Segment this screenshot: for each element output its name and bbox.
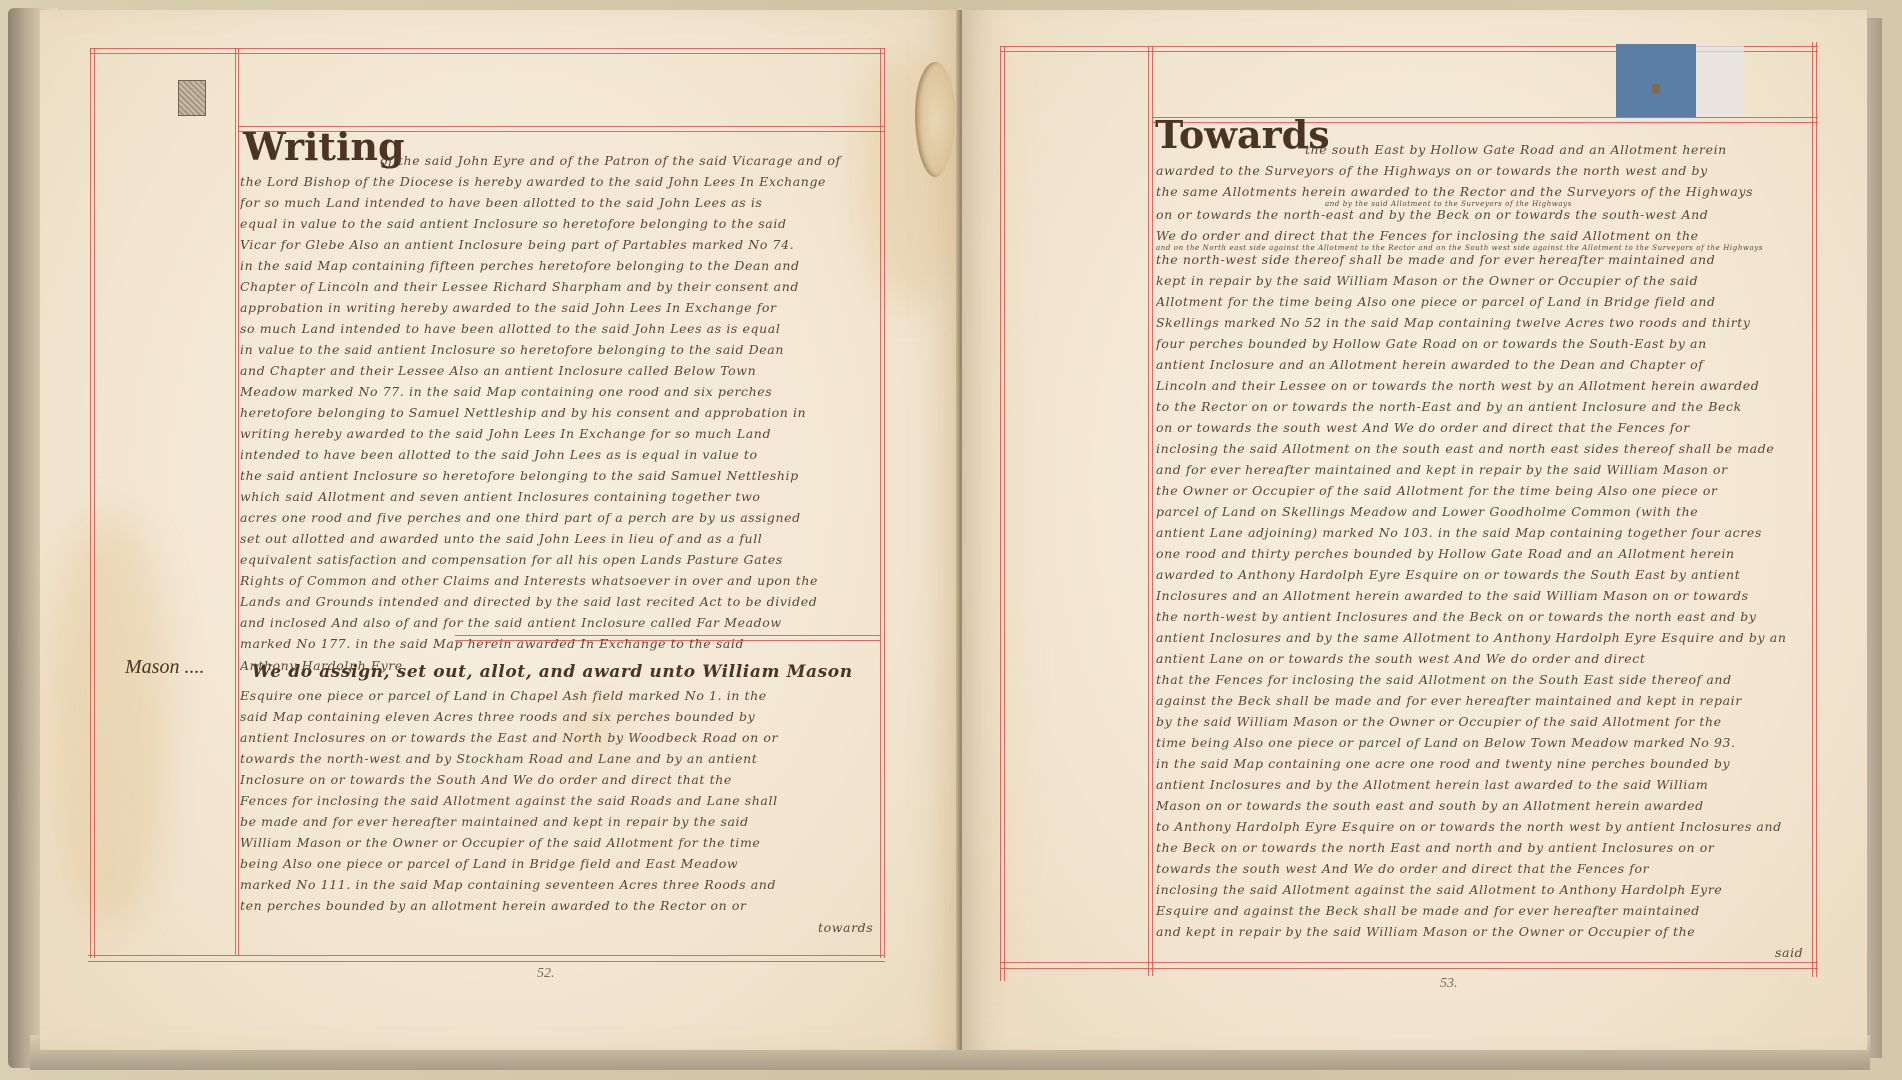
text-line: antient Lane adjoining) marked No 103. i… — [1156, 525, 1810, 540]
text-line: the Lord Bishop of the Diocese is hereby… — [240, 174, 870, 189]
red-rule — [1000, 962, 1818, 963]
red-rule — [238, 48, 239, 955]
text-line: towards the south west And We do order a… — [1156, 861, 1810, 876]
decorative-initial-word: Towards — [1155, 112, 1330, 157]
margin-note-name: Mason .... — [125, 656, 204, 679]
text-line: the same Allotments herein awarded to th… — [1156, 184, 1810, 199]
red-rule — [1000, 46, 1001, 981]
text-line: that the Fences for inclosing the said A… — [1156, 672, 1810, 687]
text-line: Esquire one piece or parcel of Land in C… — [240, 688, 870, 703]
text-line: the Owner or Occupier of the said Allotm… — [1156, 483, 1810, 498]
text-line: for so much Land intended to have been a… — [240, 195, 870, 210]
text-line: antient Inclosures and by the same Allot… — [1156, 630, 1810, 645]
red-rule — [90, 48, 885, 49]
red-rule — [88, 955, 885, 956]
text-line: against the Beck shall be made and for e… — [1156, 693, 1810, 708]
text-line: on or towards the south west And We do o… — [1156, 420, 1810, 435]
text-line: inclosing the said Allotment on the sout… — [1156, 441, 1810, 456]
blue-revenue-stamp — [1616, 44, 1696, 117]
text-line: awarded to the Surveyors of the Highways… — [1156, 163, 1810, 178]
text-line: Lincoln and their Lessee on or towards t… — [1156, 378, 1810, 393]
text-line: to the Rector on or towards the north-Ea… — [1156, 399, 1810, 414]
text-line: ten perches bounded by an allotment here… — [240, 898, 870, 913]
text-line: equal in value to the said antient Inclo… — [240, 216, 870, 231]
text-line: set out allotted and awarded unto the sa… — [240, 531, 870, 546]
text-line: heretofore belonging to Samuel Nettleshi… — [240, 405, 870, 420]
text-line: towards the north-west and by Stockham R… — [240, 751, 870, 766]
text-line: antient Inclosures on or towards the Eas… — [240, 730, 870, 745]
red-rule — [88, 961, 885, 962]
text-line: Fences for inclosing the said Allotment … — [240, 793, 870, 808]
interlinear-insertion: and on the North east side against the A… — [1156, 244, 1763, 252]
text-line: awarded to Anthony Hardolph Eyre Esquire… — [1156, 567, 1810, 582]
red-rule — [1152, 46, 1153, 976]
text-line: be made and for ever hereafter maintaine… — [240, 814, 870, 829]
text-line: marked No 111. in the said Map containin… — [240, 877, 870, 892]
red-rule — [90, 48, 91, 958]
text-line: Inclosure on or towards the South And We… — [240, 772, 870, 787]
embossed-seal-stamp — [178, 80, 206, 116]
red-rule — [94, 48, 95, 958]
text-line: Inclosures and an Allotment herein award… — [1156, 588, 1810, 603]
red-rule — [880, 48, 881, 958]
red-rule — [1000, 968, 1818, 969]
text-line: parcel of Land on Skellings Meadow and L… — [1156, 504, 1810, 519]
text-line: the Beck on or towards the north East an… — [1156, 840, 1810, 855]
text-line: Lands and Grounds intended and directed … — [240, 594, 870, 609]
text-line: in value to the said antient Inclosure s… — [240, 342, 870, 357]
text-line: of the said John Eyre and of the Patron … — [380, 153, 870, 168]
text-line: Rights of Common and other Claims and In… — [240, 573, 870, 588]
text-line: Mason on or towards the south east and s… — [1156, 798, 1810, 813]
text-line: Vicar for Glebe Also an antient Inclosur… — [240, 237, 870, 252]
text-line: inclosing the said Allotment against the… — [1156, 882, 1810, 897]
text-line: by the said William Mason or the Owner o… — [1156, 714, 1810, 729]
faded-stamp — [1696, 44, 1744, 117]
text-line: and for ever hereafter maintained and ke… — [1156, 462, 1810, 477]
red-rule — [1148, 46, 1149, 976]
text-line: William Mason or the Owner or Occupier o… — [240, 835, 870, 850]
text-line: Skellings marked No 52 in the said Map c… — [1156, 315, 1810, 330]
text-line: time being Also one piece or parcel of L… — [1156, 735, 1810, 750]
text-line: marked No 177. in the said Map herein aw… — [240, 636, 870, 651]
text-line: and kept in repair by the said William M… — [1156, 924, 1810, 939]
text-line: Allotment for the time being Also one pi… — [1156, 294, 1810, 309]
text-line: antient Inclosure and an Allotment herei… — [1156, 357, 1810, 372]
text-line: writing hereby awarded to the said John … — [240, 426, 870, 441]
red-rule — [1816, 42, 1817, 977]
text-line: Meadow marked No 77. in the said Map con… — [240, 384, 870, 399]
page-number-left: 52. — [537, 966, 555, 982]
text-line: in the said Map containing fifteen perch… — [240, 258, 870, 273]
water-stain — [962, 10, 1022, 1010]
text-line: the south East by Hollow Gate Road and a… — [1305, 142, 1810, 157]
text-line: Esquire and against the Beck shall be ma… — [1156, 903, 1810, 918]
text-line: said Map containing eleven Acres three r… — [240, 709, 870, 724]
catchword: said — [1775, 945, 1810, 960]
text-line: being Also one piece or parcel of Land i… — [240, 856, 870, 871]
red-rule — [235, 48, 236, 955]
text-line: intended to have been allotted to the sa… — [240, 447, 870, 462]
text-line: equivalent satisfaction and compensation… — [240, 552, 870, 567]
text-line: acres one rood and five perches and one … — [240, 510, 870, 525]
text-line: and Chapter and their Lessee Also an ant… — [240, 363, 870, 378]
section-opening-line: We do assign, set out, allot, and award … — [252, 662, 872, 682]
water-stain — [50, 510, 170, 930]
text-line: We do order and direct that the Fences f… — [1156, 228, 1810, 243]
text-line: to Anthony Hardolph Eyre Esquire on or t… — [1156, 819, 1810, 834]
text-line: kept in repair by the said William Mason… — [1156, 273, 1810, 288]
stamp-mark — [1652, 84, 1660, 93]
text-line: the said antient Inclosure so heretofore… — [240, 468, 870, 483]
text-line: the north-west by antient Inclosures and… — [1156, 609, 1810, 624]
text-line: the north-west side thereof shall be mad… — [1156, 252, 1810, 267]
text-line: and inclosed And also of and for the sai… — [240, 615, 870, 630]
text-line: in the said Map containing one acre one … — [1156, 756, 1810, 771]
text-line: one rood and thirty perches bounded by H… — [1156, 546, 1810, 561]
red-rule — [884, 48, 885, 958]
text-line: antient Inclosures and by the Allotment … — [1156, 777, 1810, 792]
red-rule — [1812, 42, 1813, 977]
red-rule — [1004, 46, 1005, 981]
red-rule — [90, 53, 885, 54]
text-line: four perches bounded by Hollow Gate Road… — [1156, 336, 1810, 351]
page-number-right: 53. — [1440, 976, 1458, 992]
text-line: which said Allotment and seven antient I… — [240, 489, 870, 504]
catchword: towards — [818, 920, 878, 935]
text-line: approbation in writing hereby awarded to… — [240, 300, 870, 315]
text-line: so much Land intended to have been allot… — [240, 321, 870, 336]
text-line: Chapter of Lincoln and their Lessee Rich… — [240, 279, 870, 294]
text-line: antient Lane on or towards the south wes… — [1156, 651, 1810, 666]
text-line: on or towards the north-east and by the … — [1156, 207, 1810, 222]
